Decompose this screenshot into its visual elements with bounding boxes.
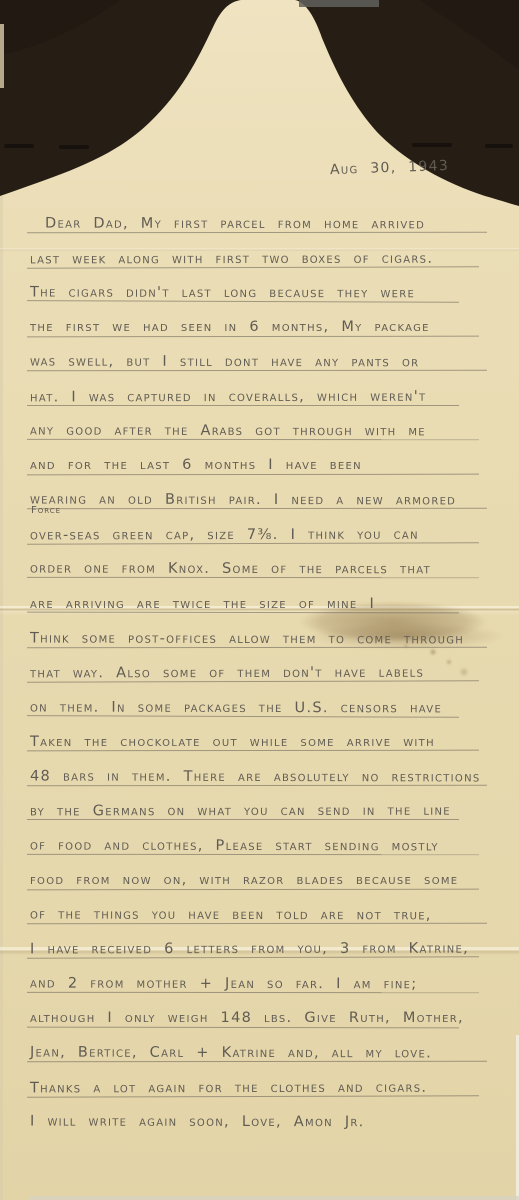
- letter-line: over-seas green cap, size 7⅜. I think yo…: [30, 514, 493, 549]
- letter-body: Dear Dad, My first parcel from home arri…: [30, 203, 493, 1136]
- stitch-mark: [485, 144, 513, 148]
- letter-line: food from now on, with razor blades beca…: [30, 859, 493, 894]
- stitch-mark: [59, 145, 89, 149]
- letter-line: and for the last 6 months I have been: [30, 445, 493, 480]
- letter-line-signature: I will write again soon, Love, Amon Jr.: [30, 1101, 493, 1137]
- letter-line: Think some post-offices allow them to co…: [30, 617, 493, 653]
- letter-line: hat. I was captured in coveralls, which …: [30, 375, 493, 410]
- scan-edge-artifact: [0, 24, 4, 88]
- letter-line: on them. In some packages the U.S. censo…: [30, 686, 493, 722]
- letter-line: The cigars didn't last long because they…: [30, 272, 493, 308]
- letter-line: and 2 from mother + Jean so far. I am fi…: [30, 963, 493, 999]
- scan-edge-artifact: [30, 1196, 519, 1200]
- scan-edge-artifact: [0, 196, 3, 1200]
- letter-line: of food and clothes, Please start sendin…: [30, 824, 493, 860]
- letter-line: of the things you have been told are not…: [30, 893, 493, 929]
- stitch-mark: [4, 144, 34, 148]
- letter-line: wearing an old British pair. I need a ne…: [30, 479, 493, 515]
- stitch-mark: [412, 143, 452, 147]
- letter-line: that way. Also some of them don't have l…: [30, 652, 493, 687]
- letter-line: are arriving are twice the size of mine …: [30, 583, 493, 618]
- letter-line: any good after the Arabs got through wit…: [30, 410, 493, 446]
- letter-line: Taken the chockolate out while some arri…: [30, 721, 493, 756]
- letter-scan: Aug 30, 1943 Force Dear Dad, My first pa…: [0, 0, 519, 1200]
- letter-line: last week along with first two boxes of …: [30, 237, 493, 272]
- letter-line: Jean, Bertice, Carl + Katrine and, all m…: [30, 1032, 493, 1068]
- letter-line: by the Germans on what you can send in t…: [30, 790, 493, 825]
- scan-edge-artifact: [299, 0, 379, 7]
- letter-line: was swell, but I still dont have any pan…: [30, 341, 493, 377]
- letter-line: order one from Knox. Some of the parcels…: [30, 548, 493, 584]
- letter-line: I have received 6 letters from you, 3 fr…: [30, 928, 493, 963]
- letter-line: Dear Dad, My first parcel from home arri…: [30, 203, 493, 239]
- letter-line: the first we had seen in 6 months, My pa…: [30, 307, 493, 342]
- letter-line: 48 bars in them. There are absolutely no…: [30, 755, 493, 791]
- letter-line: Thanks a lot again for the clothes and c…: [30, 1066, 493, 1101]
- letter-line: although I only weigh 148 lbs. Give Ruth…: [30, 998, 493, 1033]
